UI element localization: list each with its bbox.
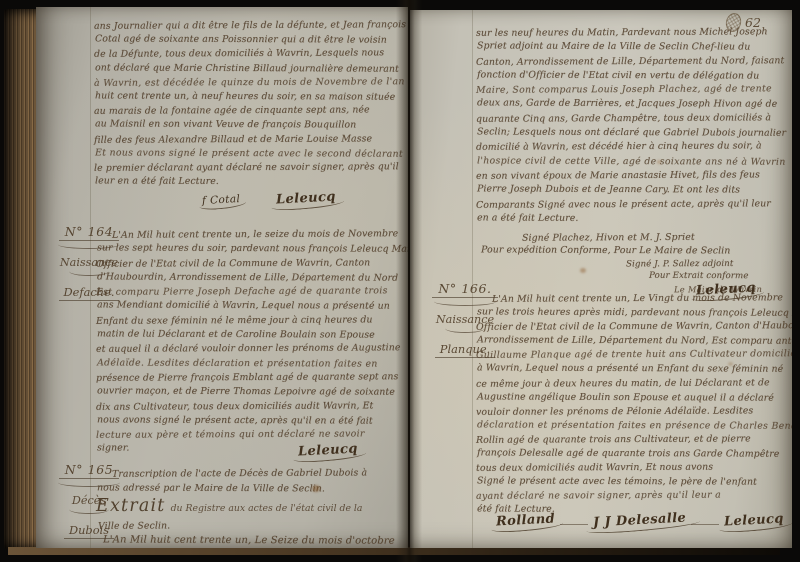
signature-leleucq: Leleucq [298, 441, 359, 459]
act-163-signature-row: f Cotal Leleucq [202, 191, 336, 206]
handwritten-line: en a été fait Lecture. [477, 211, 783, 227]
handwritten-line: ont déclaré que Marie Christine Billaud … [95, 61, 399, 77]
handwritten-line: leur en a été fait Lecture. [95, 175, 399, 191]
handwritten-line: vouloir donner les prénoms de Pélonie Ad… [476, 404, 784, 420]
right-page: 62 sur les neuf heures du Matin, Pardeva… [410, 10, 792, 548]
handwritten-line: ce même jour à deux heures du matin, de … [476, 376, 784, 392]
handwritten-line: Signé Plachez, Hivon et M. J. Spriet [522, 231, 782, 245]
left-page: ans Journalier qui a dit être le fils de… [36, 7, 408, 548]
handwritten-line: l'hospice civil de cette Ville, agé de s… [477, 154, 783, 170]
handwritten-line: ans Mendiant domicilié à Wavrin, Lequel … [97, 299, 401, 315]
handwritten-line: L'An Mil huit cent trente un, Le Seize d… [99, 532, 403, 548]
folio-header: 62 [726, 13, 761, 32]
handwritten-line: ouvrier maçon, et de Pierre Thomas Lepoi… [97, 385, 401, 401]
handwritten-line: Canton, Arrondissement de Lille, Départe… [476, 54, 782, 70]
handwritten-line: Pour expédition Conforme, Pour Le Maire … [481, 244, 783, 258]
handwritten-line: Enfant du sexe féminin né le même jour à… [96, 313, 400, 329]
handwritten-line: Spriet adjoint au Maire de la Ville de S… [477, 40, 783, 56]
handwritten-line: Augustine angélique Boulin son Epouse et… [477, 390, 785, 405]
revenue-stamp-icon [724, 11, 743, 33]
handwritten-line: Ville de Seclin. [98, 517, 402, 534]
handwritten-line: Officier de l'Etat civil de la Commune d… [96, 256, 400, 272]
signature-rolland: Rolland [496, 511, 556, 529]
register-book-scan: ans Journalier qui a dit être le fils de… [0, 0, 800, 562]
handwritten-line: sur les sept heures du soir, pardevant n… [97, 242, 401, 258]
handwritten-line: deux ans, Garde de Barrières, et Jacques… [477, 97, 783, 113]
flourish-dash [560, 520, 588, 525]
extrait-heading: Extrait du Registre aux actes de l'état … [96, 496, 362, 516]
signature-leleucq: Leleucq [276, 189, 337, 207]
signature-delesalle: J J Delesalle [593, 511, 687, 531]
act-165-continuation-text: sur les neuf heures du Matin, Pardevant … [476, 26, 782, 226]
handwritten-line: dix ans Cultivateur, tous deux domicilié… [96, 399, 400, 415]
handwritten-line: de la Défunte, tous deux domiciliés à Wa… [94, 47, 398, 63]
handwritten-line: fille des feus Alexandre Billaud et de M… [94, 132, 398, 148]
handwritten-line: à Wavrin, est décédée le quinze du mois … [94, 75, 398, 91]
handwritten-line: Pierre Joseph Dubois et de Jeanne Cary. … [477, 183, 783, 199]
handwritten-line: Adélaïde. Lesdites déclaration et présen… [97, 356, 401, 372]
flourish-line [58, 481, 121, 487]
handwritten-line: domicilié à Wavrin, est décédé hier à ci… [476, 140, 782, 156]
handwritten-line: quarante Cinq ans, Garde Champêtre, tous… [476, 111, 782, 127]
act-164-text: L'An Mil huit cent trente un, le seize d… [96, 228, 400, 457]
flourish-dash [691, 520, 719, 525]
handwritten-line: Transcription de l'acte de Décès de Gabr… [96, 466, 400, 482]
handwritten-line: au Maisnil en son vivant Veuve de franço… [95, 118, 399, 134]
act-166-signature-row: Rolland J J Delesalle Leleucq [496, 513, 784, 528]
handwritten-line: déclaration et présentation faites en pr… [477, 418, 785, 433]
extrait-lead-word: Extrait [96, 496, 166, 516]
handwritten-line: Rollin agé de quarante trois ans Cultiva… [476, 432, 784, 448]
handwritten-line: à Wavrin, Lequel nous a présenté un Enfa… [477, 362, 785, 377]
transcription-note-text: Transcription de l'acte de Décès de Gabr… [96, 467, 400, 496]
act-163-continuation-text: ans Journalier qui a dit être le fils de… [94, 19, 398, 189]
book-bottom-edge [8, 547, 780, 555]
handwritten-line: Et nous avons signé le présent acte avec… [95, 146, 399, 162]
handwritten-line: et auquel il a déclaré vouloir donner le… [96, 342, 400, 358]
act-number: N° 165 [59, 462, 120, 479]
handwritten-line: Comparants Signé avec nous le présent ac… [476, 197, 782, 213]
signature-cotal: f Cotal [202, 193, 241, 207]
extrait-text: Ville de Seclin.L'An Mil huit cent trent… [98, 518, 402, 548]
folio-number: 62 [745, 15, 761, 30]
act-166-text: L'An Mil huit cent trente un, Le Vingt d… [476, 292, 784, 518]
signature-leleucq: Leleucq [724, 511, 785, 529]
extrait-lead-rest: du Registre aux actes de l'état civil de… [171, 503, 363, 514]
handwritten-line: nous adressé par le Maire de la Ville de… [97, 481, 401, 497]
